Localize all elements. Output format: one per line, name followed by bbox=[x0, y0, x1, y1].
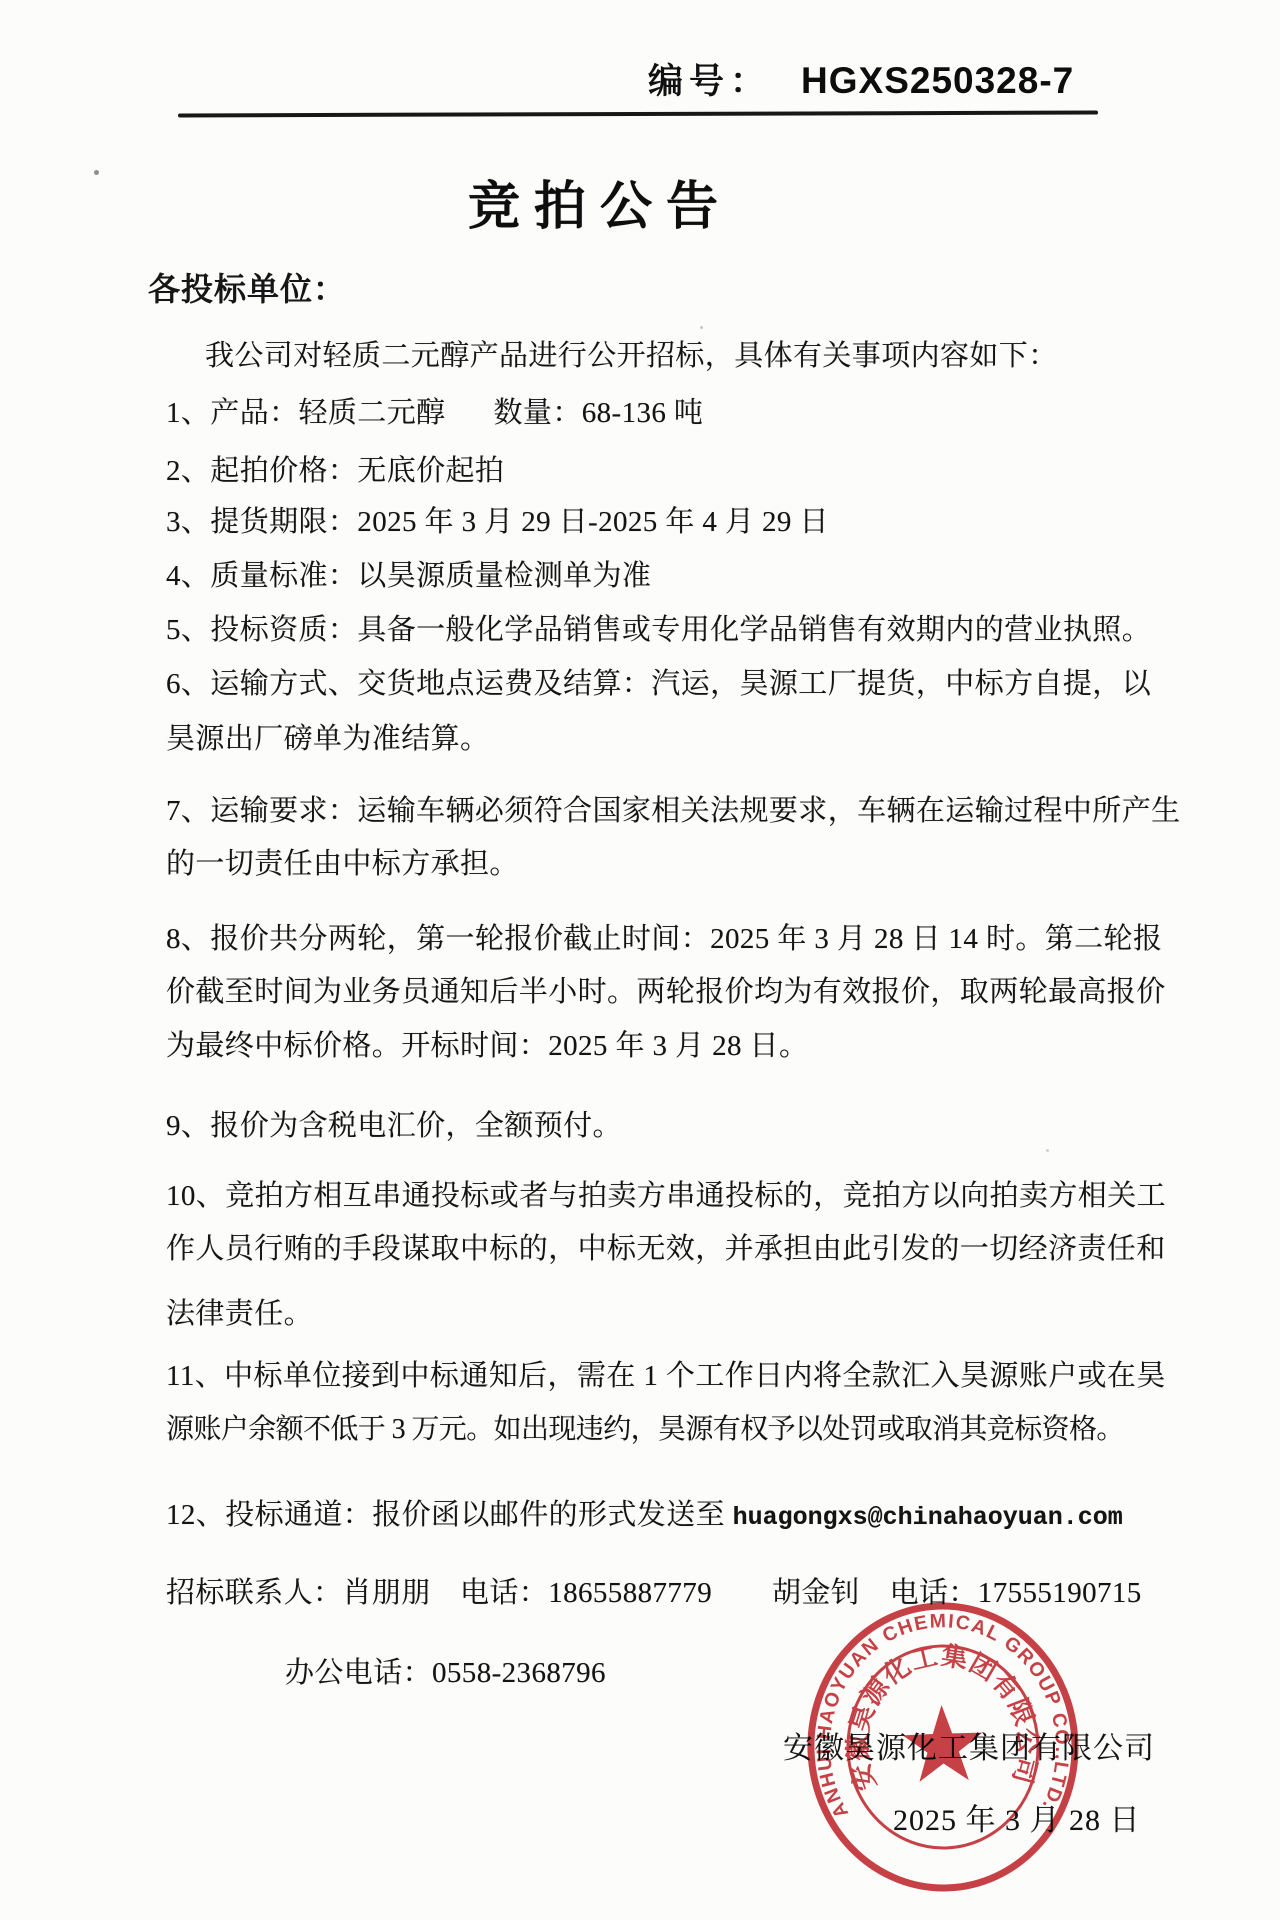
document-number-label: 编号： bbox=[648, 54, 771, 104]
body-line: 法律责任。 bbox=[166, 1291, 313, 1332]
item1-quantity: 数量：68-136 吨 bbox=[494, 397, 704, 429]
body-line: 10、竞拍方相互串通投标或者与拍卖方串通投标的，竞拍方以向拍卖方相关工 bbox=[166, 1173, 1166, 1214]
body-line-item12: 12、投标通道：报价函以邮件的形式发送至 huagongxs@chinahaoy… bbox=[166, 1492, 1123, 1533]
bid-email-address: huagongxs@chinahaoyuan.com bbox=[733, 1503, 1123, 1532]
salutation: 各投标单位： bbox=[148, 264, 346, 310]
company-seal-stamp: ANHUI HAOYUAN CHEMICAL GROUP CO.,LTD. 安徽… bbox=[790, 1590, 1096, 1906]
intro-line: 我公司对轻质二元醇产品进行公开招标，具体有关事项内容如下： bbox=[205, 333, 1058, 374]
document-number: 编号： HGXS250328-7 bbox=[648, 54, 1074, 104]
item12-text: 12、投标通道：报价函以邮件的形式发送至 bbox=[166, 1499, 733, 1531]
body-line: 4、质量标准：以昊源质量检测单为准 bbox=[166, 553, 651, 594]
scan-speck bbox=[700, 326, 703, 329]
body-line: 的一切责任由中标方承担。 bbox=[166, 841, 519, 882]
body-line: 8、报价共分两轮，第一轮报价截止时间：2025 年 3 月 28 日 14 时。… bbox=[166, 916, 1162, 957]
body-line: 价截至时间为业务员通知后半小时。两轮报价均为有效报价，取两轮最高报价 bbox=[166, 969, 1166, 1010]
header-rule bbox=[178, 111, 1098, 118]
page-title: 竞拍公告 bbox=[0, 164, 1200, 239]
body-line: 源账户余额不低于 3 万元。如出现违约，昊源有权予以处罚或取消其竞标资格。 bbox=[166, 1407, 1124, 1447]
scanned-document-page: 编号： HGXS250328-7 竞拍公告 各投标单位： 我公司对轻质二元醇产品… bbox=[0, 0, 1280, 1920]
office-phone: 办公电话：0558-2368796 bbox=[285, 1650, 606, 1691]
document-number-value: HGXS250328-7 bbox=[801, 60, 1074, 102]
body-line: 作人员行贿的手段谋取中标的，中标无效，并承担由此引发的一切经济责任和 bbox=[166, 1226, 1166, 1267]
scan-speck bbox=[1046, 1149, 1049, 1152]
item1-product: 1、产品：轻质二元醇 bbox=[166, 397, 446, 429]
body-line: 昊源出厂磅单为准结算。 bbox=[166, 716, 489, 757]
body-line: 5、投标资质：具备一般化学品销售或专用化学品销售有效期内的营业执照。 bbox=[166, 607, 1151, 648]
contact-person-left: 招标联系人：肖朋朋 电话：18655887779 bbox=[166, 1570, 712, 1611]
body-line: 7、运输要求：运输车辆必须符合国家相关法规要求，车辆在运输过程中所产生 bbox=[166, 788, 1181, 829]
body-line: 为最终中标价格。开标时间：2025 年 3 月 28 日。 bbox=[166, 1023, 808, 1064]
body-line: 9、报价为含税电汇价，全额预付。 bbox=[166, 1103, 622, 1144]
body-line: 6、运输方式、交货地点运费及结算：汽运，昊源工厂提货，中标方自提，以 bbox=[166, 661, 1151, 702]
body-line: 3、提货期限：2025 年 3 月 29 日-2025 年 4 月 29 日 bbox=[166, 499, 829, 540]
seal-star-icon bbox=[902, 1704, 984, 1783]
body-line: 11、中标单位接到中标通知后，需在 1 个工作日内将全款汇入昊源账户或在昊 bbox=[166, 1353, 1166, 1394]
body-line-item1: 1、产品：轻质二元醇数量：68-136 吨 bbox=[166, 390, 703, 431]
body-line: 2、起拍价格：无底价起拍 bbox=[166, 448, 504, 489]
